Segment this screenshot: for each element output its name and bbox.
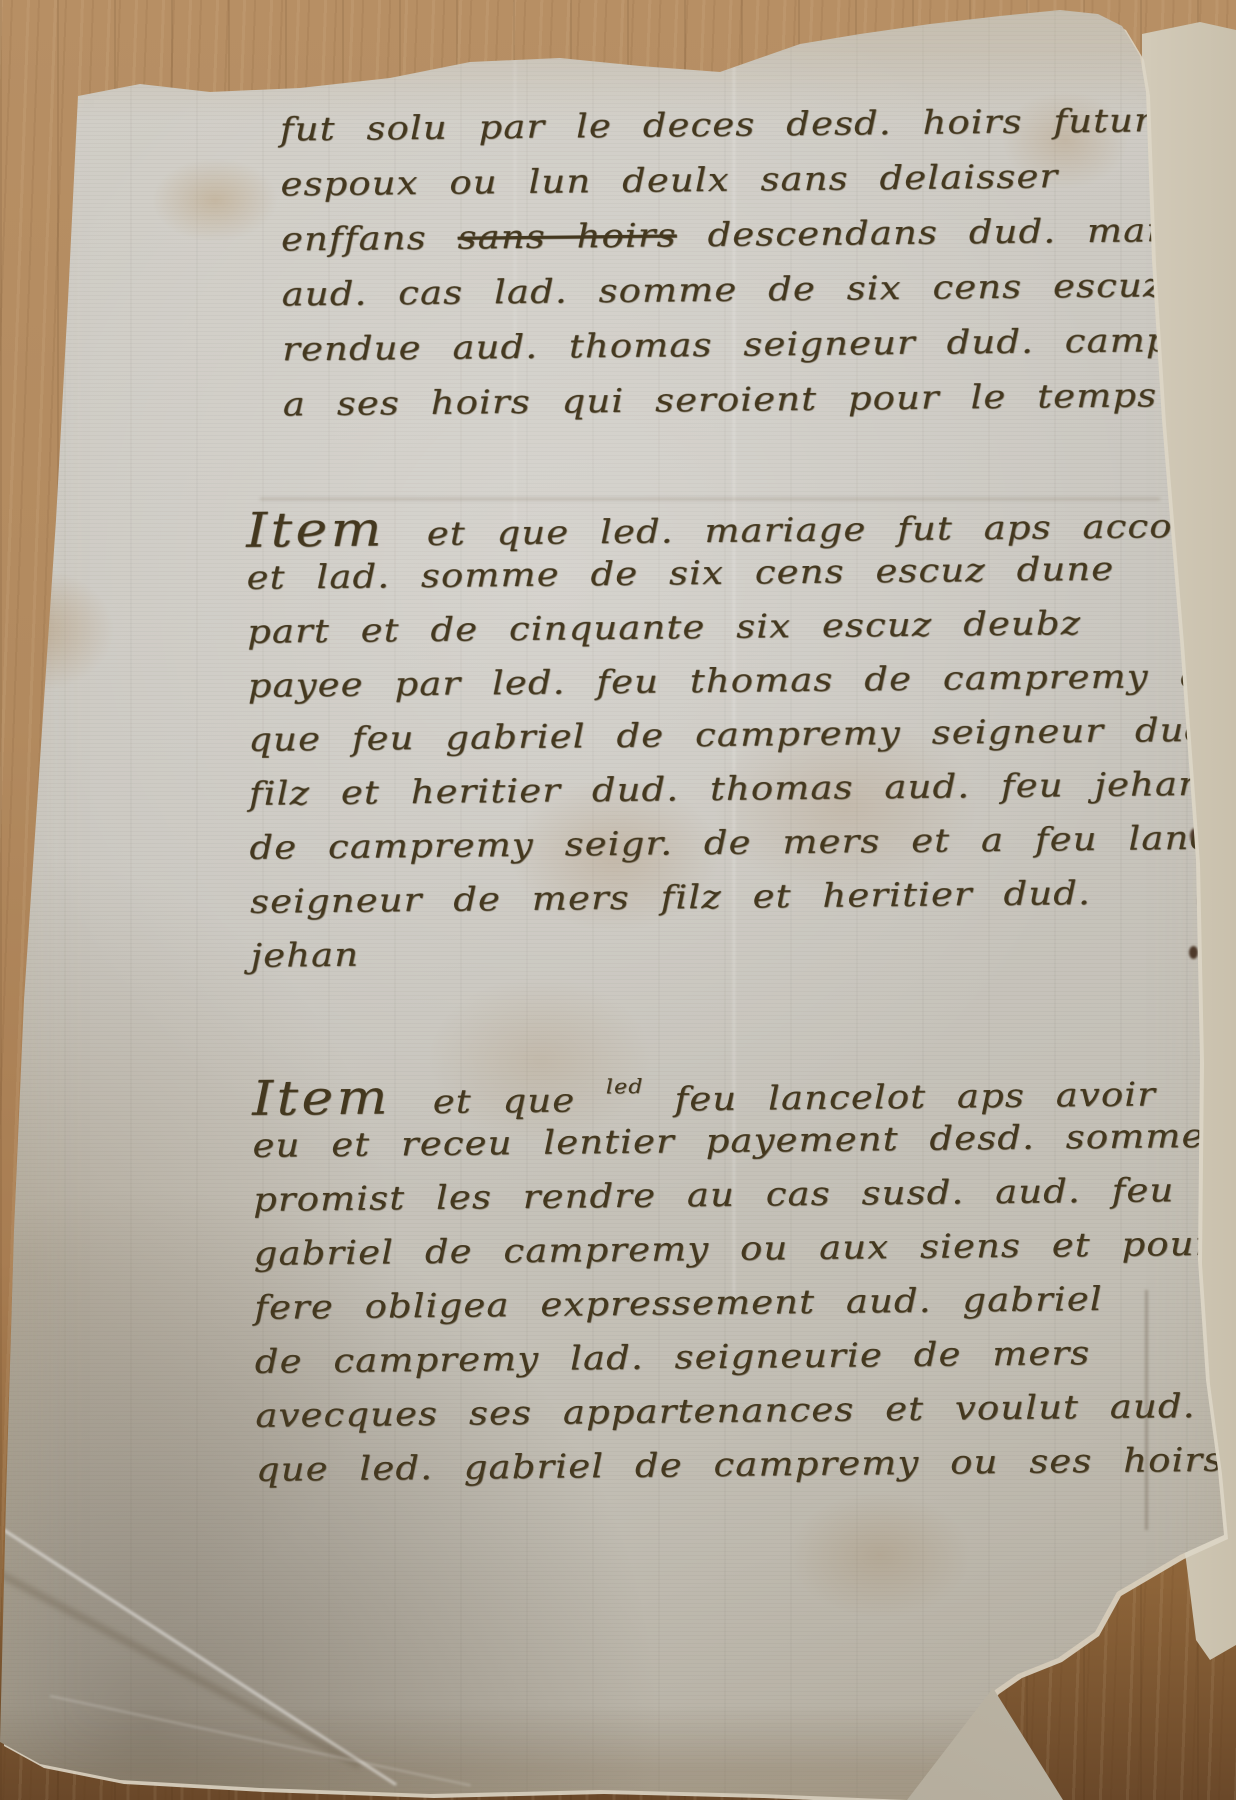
manuscript-line: enffans sans hoirs descendans dud. maria…: [281, 208, 1236, 274]
ink-text: espoux ou lun deulx sans delaisser: [280, 156, 1058, 203]
ink-text: et que led. mariage fut aps accomply: [396, 505, 1236, 553]
manuscript-line: de campremy seigr. de mers et a feu lanc…: [249, 817, 1236, 882]
paragraph-1: fut solu par le deces desd. hoirs futurs…: [280, 100, 1236, 440]
manuscript-line: jehan: [250, 925, 1236, 990]
ink-text: et que: [402, 1080, 606, 1121]
manuscript-line: fut solu par le deces desd. hoirs futurs: [280, 98, 1236, 164]
manuscript-line: rendue aud. thomas seigneur dud. camprem…: [282, 318, 1236, 384]
ink-text: promist les rendre au cas susd. aud. feu: [253, 1170, 1175, 1219]
ink-text: feu lancelot aps avoir: [644, 1074, 1157, 1118]
ink-text: et lad. somme de six cens escuz dune: [246, 549, 1114, 597]
manuscript-line: espoux ou lun deulx sans delaisser: [280, 153, 1236, 219]
ink-text: seigneur de mers filz et heritier dud.: [250, 873, 1091, 921]
ink-text: enffans: [281, 218, 458, 259]
ink-text: jehan: [250, 935, 359, 975]
struck-text: sans hoirs: [457, 215, 677, 256]
ink-text: de campremy lad. seigneurie de mers: [255, 1333, 1091, 1381]
paragraph-2: Item et que led. mariage fut aps accompl…: [246, 494, 1214, 990]
manuscript-page: fut solu par le deces desd. hoirs futurs…: [0, 0, 1236, 1800]
paragraph-3: Item et que led feu lancelot aps avoireu…: [252, 1062, 1182, 1504]
ink-text: fere obligea expressement aud. gabriel: [254, 1279, 1103, 1327]
interlinear-insertion: led: [606, 1075, 644, 1098]
manuscript-text: fut solu par le deces desd. hoirs futurs…: [0, 0, 1236, 1800]
manuscript-line: que led. gabriel de campremy ou ses hoir…: [256, 1439, 1236, 1504]
ink-text: part et de cinquante six escuz deubz: [247, 603, 1081, 651]
ink-text: fut solu par le deces desd. hoirs futurs: [280, 100, 1173, 148]
paragraph-initial: Item: [246, 502, 385, 558]
manuscript-line: aud. cas lad. somme de six cens escuz se…: [281, 263, 1236, 329]
paragraph-initial: Item: [252, 1070, 391, 1126]
photo-scene: fut solu par le deces desd. hoirs futurs…: [0, 0, 1236, 1800]
manuscript-line: a ses hoirs qui seroient pour le temps a…: [283, 373, 1236, 439]
manuscript-line: seigneur de mers filz et heritier dud.: [250, 871, 1236, 936]
manuscript-line: filz et heritier dud. thomas aud. feu je…: [249, 763, 1236, 828]
